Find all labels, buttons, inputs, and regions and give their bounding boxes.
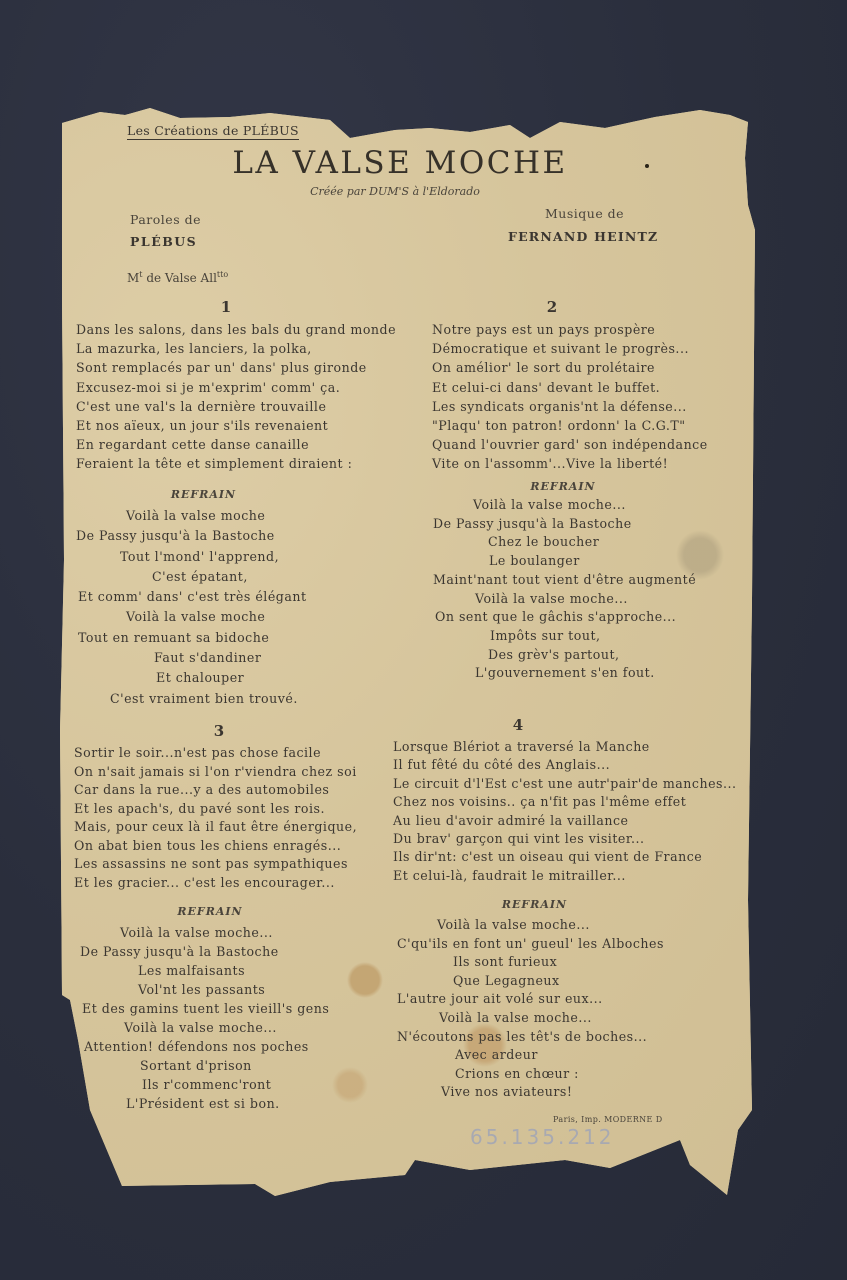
verse-line: Ils dir'nt: c'est un oiseau qui vient de… (393, 848, 743, 866)
verse-line: Et nos aïeux, un jour s'ils revenaient (76, 416, 376, 435)
archive-shelfmark: 65.135.212 (470, 1125, 615, 1149)
refrain-line: Et des gamins tuent les vieill's gens (80, 999, 340, 1018)
verse-line: Du brav' garçon qui vint les visiter... (393, 830, 743, 848)
refrain-line: Le boulanger (433, 552, 693, 571)
refrain-line: Les malfaisants (80, 961, 340, 980)
verse-number: 1 (76, 298, 376, 320)
verse-line: Et les gracier... c'est les encourager..… (74, 874, 364, 893)
refrain-line: C'qu'ils en font un' gueul' les Alboches (397, 935, 672, 954)
refrain-line: N'écoutons pas les têt's de boches... (397, 1028, 672, 1047)
verse-line: Et celui-ci dans' devant le buffet. (432, 378, 672, 397)
refrain-line: L'Président est si bon. (80, 1094, 340, 1113)
refrain-line: Voilà la valse moche... (433, 590, 693, 609)
refrain-heading: REFRAIN (76, 488, 331, 506)
verse-number: 3 (74, 722, 364, 744)
verse-number: 4 (393, 716, 743, 738)
refrain-4: REFRAIN Voilà la valse moche... C'qu'ils… (397, 898, 672, 1102)
refrain-1: REFRAIN Voilà la valse moche De Passy ju… (76, 488, 331, 709)
refrain-line: Ils r'commenc'ront (80, 1075, 340, 1094)
refrain-line: L'gouvernement s'en fout. (433, 664, 693, 683)
verse-line: Lorsque Blériot a traversé la Manche (393, 738, 743, 756)
verse-line: "Plaqu' ton patron! ordonn' la C.G.T" (432, 416, 672, 435)
refrain-line: Voilà la valse moche... (433, 496, 693, 515)
refrain-line: L'autre jour ait volé sur eux... (397, 990, 672, 1009)
refrain-line: Vive nos aviateurs! (397, 1083, 672, 1102)
refrain-line: Des grèv's partout, (433, 646, 693, 665)
refrain-line: Crions en chœur : (397, 1065, 672, 1084)
refrain-heading: REFRAIN (80, 905, 340, 923)
printer-imprint: Paris, Imp. MODERNE D (553, 1115, 663, 1124)
verse-line: Sortir le soir...n'est pas chose facile (74, 744, 364, 763)
tempo-prefix: M (127, 271, 139, 285)
verse-line: Chez nos voisins.. ça n'fit pas l'même e… (393, 793, 743, 811)
composer-name: FERNAND HEINTZ (508, 229, 658, 244)
refrain-line: De Passy jusqu'à la Bastoche (433, 515, 693, 534)
verse-line: Sont remplacés par un' dans' plus girond… (76, 358, 376, 377)
refrain-line: Tout l'mond' l'apprend, (76, 547, 331, 567)
refrain-line: Voilà la valse moche... (397, 916, 672, 935)
song-subtitle: Créée par DUM'S à l'Eldorado (0, 185, 790, 198)
refrain-line: Maint'nant tout vient d'être augmenté (433, 571, 693, 590)
verse-line: On n'sait jamais si l'on r'viendra chez … (74, 763, 364, 782)
verse-line: Les syndicats organis'nt la défense... (432, 397, 672, 416)
lyricist-name: PLÉBUS (130, 234, 197, 249)
verse-line: Car dans la rue...y a des automobiles (74, 781, 364, 800)
verse-3: 3 Sortir le soir...n'est pas chose facil… (74, 722, 364, 892)
series-label: Les Créations de PLÉBUS (127, 123, 299, 140)
refrain-line: Voilà la valse moche (76, 607, 331, 627)
tempo-marking: Mt de Valse Alltto (127, 270, 228, 285)
refrain-heading: REFRAIN (433, 478, 693, 496)
verse-line: C'est une val's la dernière trouvaille (76, 397, 376, 416)
verse-line: On abat bien tous les chiens enragés... (74, 837, 364, 856)
refrain-line: Et chalouper (76, 668, 331, 688)
song-title: LA VALSE MOCHE (0, 145, 800, 181)
refrain-3: REFRAIN Voilà la valse moche... De Passy… (80, 905, 340, 1113)
verse-line: Les assassins ne sont pas sympathiques (74, 855, 364, 874)
verse-line: Au lieu d'avoir admiré la vaillance (393, 812, 743, 830)
refrain-heading: REFRAIN (397, 898, 672, 916)
verse-line: Démocratique et suivant le progrès... (432, 339, 672, 358)
verse-line: Et les apach's, du pavé sont les rois. (74, 800, 364, 819)
verse-line: Et celui-là, faudrait le mitrailler... (393, 867, 743, 885)
refrain-line: Que Legagneux (397, 972, 672, 991)
verse-2: 2 Notre pays est un pays prospère Démocr… (432, 298, 672, 474)
refrain-line: Voilà la valse moche... (397, 1009, 672, 1028)
refrain-line: Impôts sur tout, (433, 627, 693, 646)
verse-line: Le circuit d'l'Est c'est une autr'pair'd… (393, 775, 743, 793)
verse-1: 1 Dans les salons, dans les bals du gran… (76, 298, 376, 474)
refrain-line: Voilà la valse moche... (80, 1018, 340, 1037)
refrain-line: Ils sont furieux (397, 953, 672, 972)
verse-line: On amélior' le sort du prolétaire (432, 358, 672, 377)
refrain-line: C'est épatant, (76, 567, 331, 587)
refrain-line: Faut s'dandiner (76, 648, 331, 668)
lyrics-label: Paroles de (130, 212, 201, 227)
refrain-line: De Passy jusqu'à la Bastoche (80, 942, 340, 961)
refrain-line: Tout en remuant sa bidoche (76, 628, 331, 648)
verse-line: La mazurka, les lanciers, la polka, (76, 339, 376, 358)
refrain-line: Attention! défendons nos poches (80, 1037, 340, 1056)
verse-line: Il fut fêté du côté des Anglais... (393, 756, 743, 774)
refrain-line: Voilà la valse moche (76, 506, 331, 526)
tempo-sup2: tto (217, 270, 228, 279)
verse-4: 4 Lorsque Blériot a traversé la Manche I… (393, 716, 743, 885)
verse-line: En regardant cette danse canaille (76, 435, 376, 454)
refrain-line: Et comm' dans' c'est très élégant (76, 587, 331, 607)
refrain-line: C'est vraiment bien trouvé. (76, 689, 331, 709)
music-label: Musique de (545, 206, 624, 221)
verse-line: Dans les salons, dans les bals du grand … (76, 320, 376, 339)
verse-line: Quand l'ouvrier gard' son indépendance (432, 435, 672, 454)
refrain-line: Sortant d'prison (80, 1056, 340, 1075)
refrain-line: De Passy jusqu'à la Bastoche (76, 526, 331, 546)
refrain-line: Avec ardeur (397, 1046, 672, 1065)
verse-line: Excusez-moi si je m'exprim' comm' ça. (76, 378, 376, 397)
verse-number: 2 (432, 298, 672, 320)
verse-line: Feraient la tête et simplement diraient … (76, 454, 376, 473)
refrain-line: On sent que le gâchis s'approche... (433, 608, 693, 627)
refrain-line: Voilà la valse moche... (80, 923, 340, 942)
refrain-line: Chez le boucher (433, 533, 693, 552)
verse-line: Notre pays est un pays prospère (432, 320, 672, 339)
verse-line: Vite on l'assomm'...Vive la liberté! (432, 454, 672, 473)
refrain-2: REFRAIN Voilà la valse moche... De Passy… (433, 478, 693, 683)
tempo-text: de Valse All (143, 271, 217, 285)
refrain-line: Vol'nt les passants (80, 980, 340, 999)
verse-line: Mais, pour ceux là il faut être énergiqu… (74, 818, 364, 837)
